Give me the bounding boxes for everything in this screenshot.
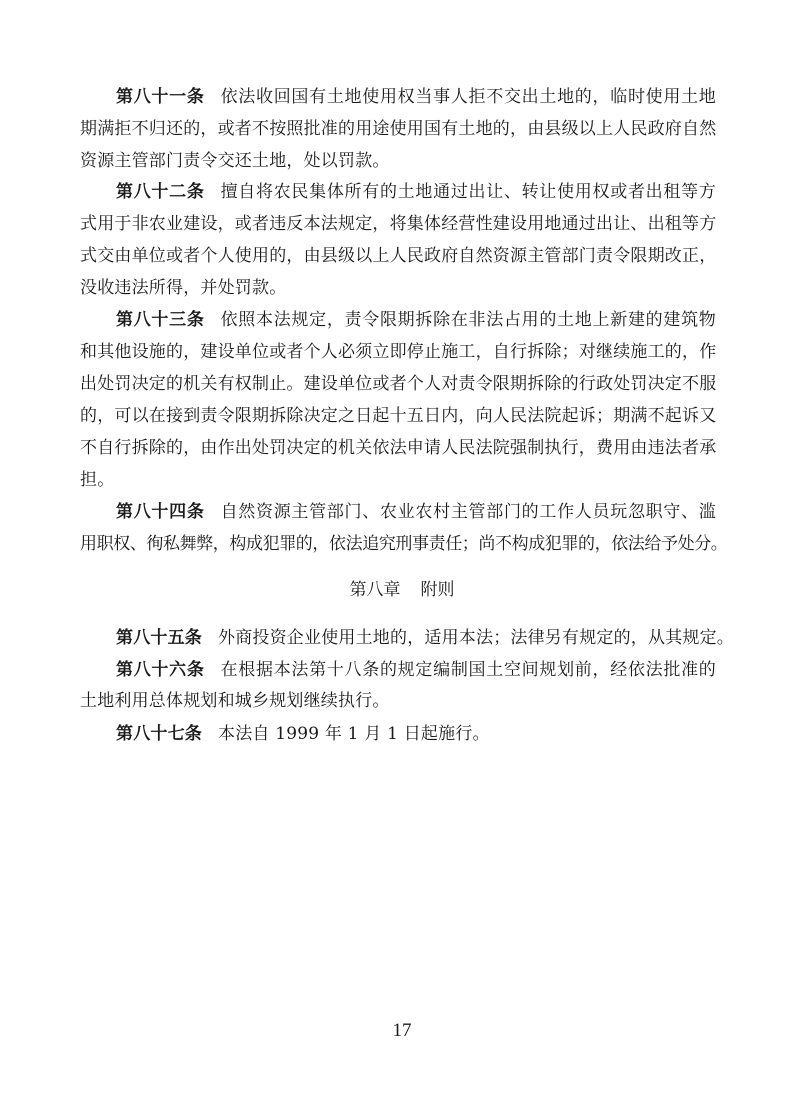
article-line: 第八十一条依法收回国有土地使用权当事人拒不交出土地的，临时使用土地 xyxy=(116,81,716,113)
article-line: 第八十七条本法自 1999 年 1 月 1 日起施行。 xyxy=(116,718,716,750)
article-number: 第八十一条 xyxy=(116,87,205,107)
article-number: 第八十六条 xyxy=(116,660,205,680)
article-line: 第八十三条依照本法规定，责令限期拆除在非法占用的土地上新建的建筑物 xyxy=(116,304,716,336)
article-line: 出处罚决定的机关有权制止。建设单位或者个人对责令限期拆除的行政处罚决定不服 xyxy=(80,368,716,400)
document-page: 第八十一条依法收回国有土地使用权当事人拒不交出土地的，临时使用土地 期满拒不归还… xyxy=(0,0,804,1099)
article-line: 土地利用总体规划和城乡规划继续执行。 xyxy=(80,685,716,717)
page-number: 17 xyxy=(0,1020,804,1042)
article-line: 第八十五条外商投资企业使用土地的，适用本法；法律另有规定的，从其规定。 xyxy=(116,622,716,654)
chapter-number: 第八章 xyxy=(350,580,401,600)
article-line: 第八十六条在根据本法第十八条的规定编制国土空间规划前，经依法批准的 xyxy=(116,654,716,686)
article-line: 期满拒不归还的，或者不按照批准的用途使用国有土地的，由县级以上人民政府自然 xyxy=(80,113,716,145)
article-line: 资源主管部门责令交还土地，处以罚款。 xyxy=(80,145,716,177)
article-line: 式交由单位或者个人使用的，由县级以上人民政府自然资源主管部门责令限期改正， xyxy=(80,240,716,272)
article-line: 的，可以在接到责令限期拆除决定之日起十五日内，向人民法院起诉；期满不起诉又 xyxy=(80,400,716,432)
article-line: 式用于非农业建设，或者违反本法规定，将集体经营性建设用地通过出让、出租等方 xyxy=(80,208,716,240)
article-line: 担。 xyxy=(80,464,716,496)
article-line: 不自行拆除的，由作出处罚决定的机关依法申请人民法院强制执行，费用由违法者承 xyxy=(80,432,716,464)
article-line: 没收违法所得，并处罚款。 xyxy=(80,272,716,304)
article-number: 第八十三条 xyxy=(116,310,205,330)
article-number: 第八十二条 xyxy=(116,182,205,202)
article-line: 和其他设施的，建设单位或者个人必须立即停止施工，自行拆除；对继续施工的，作 xyxy=(80,336,716,368)
article-number: 第八十五条 xyxy=(116,628,202,648)
article-line: 第八十二条擅自将农民集体所有的土地通过出让、转让使用权或者出租等方 xyxy=(116,176,716,208)
article-number: 第八十四条 xyxy=(116,502,205,522)
article-number: 第八十七条 xyxy=(116,724,202,744)
chapter-heading: 第八章附则 xyxy=(0,574,804,606)
article-line: 第八十四条自然资源主管部门、农业农村主管部门的工作人员玩忽职守、滥 xyxy=(116,496,716,528)
chapter-title: 附则 xyxy=(421,580,455,600)
article-line: 用职权、徇私舞弊，构成犯罪的，依法追究刑事责任；尚不构成犯罪的，依法给予处分。 xyxy=(80,528,716,560)
